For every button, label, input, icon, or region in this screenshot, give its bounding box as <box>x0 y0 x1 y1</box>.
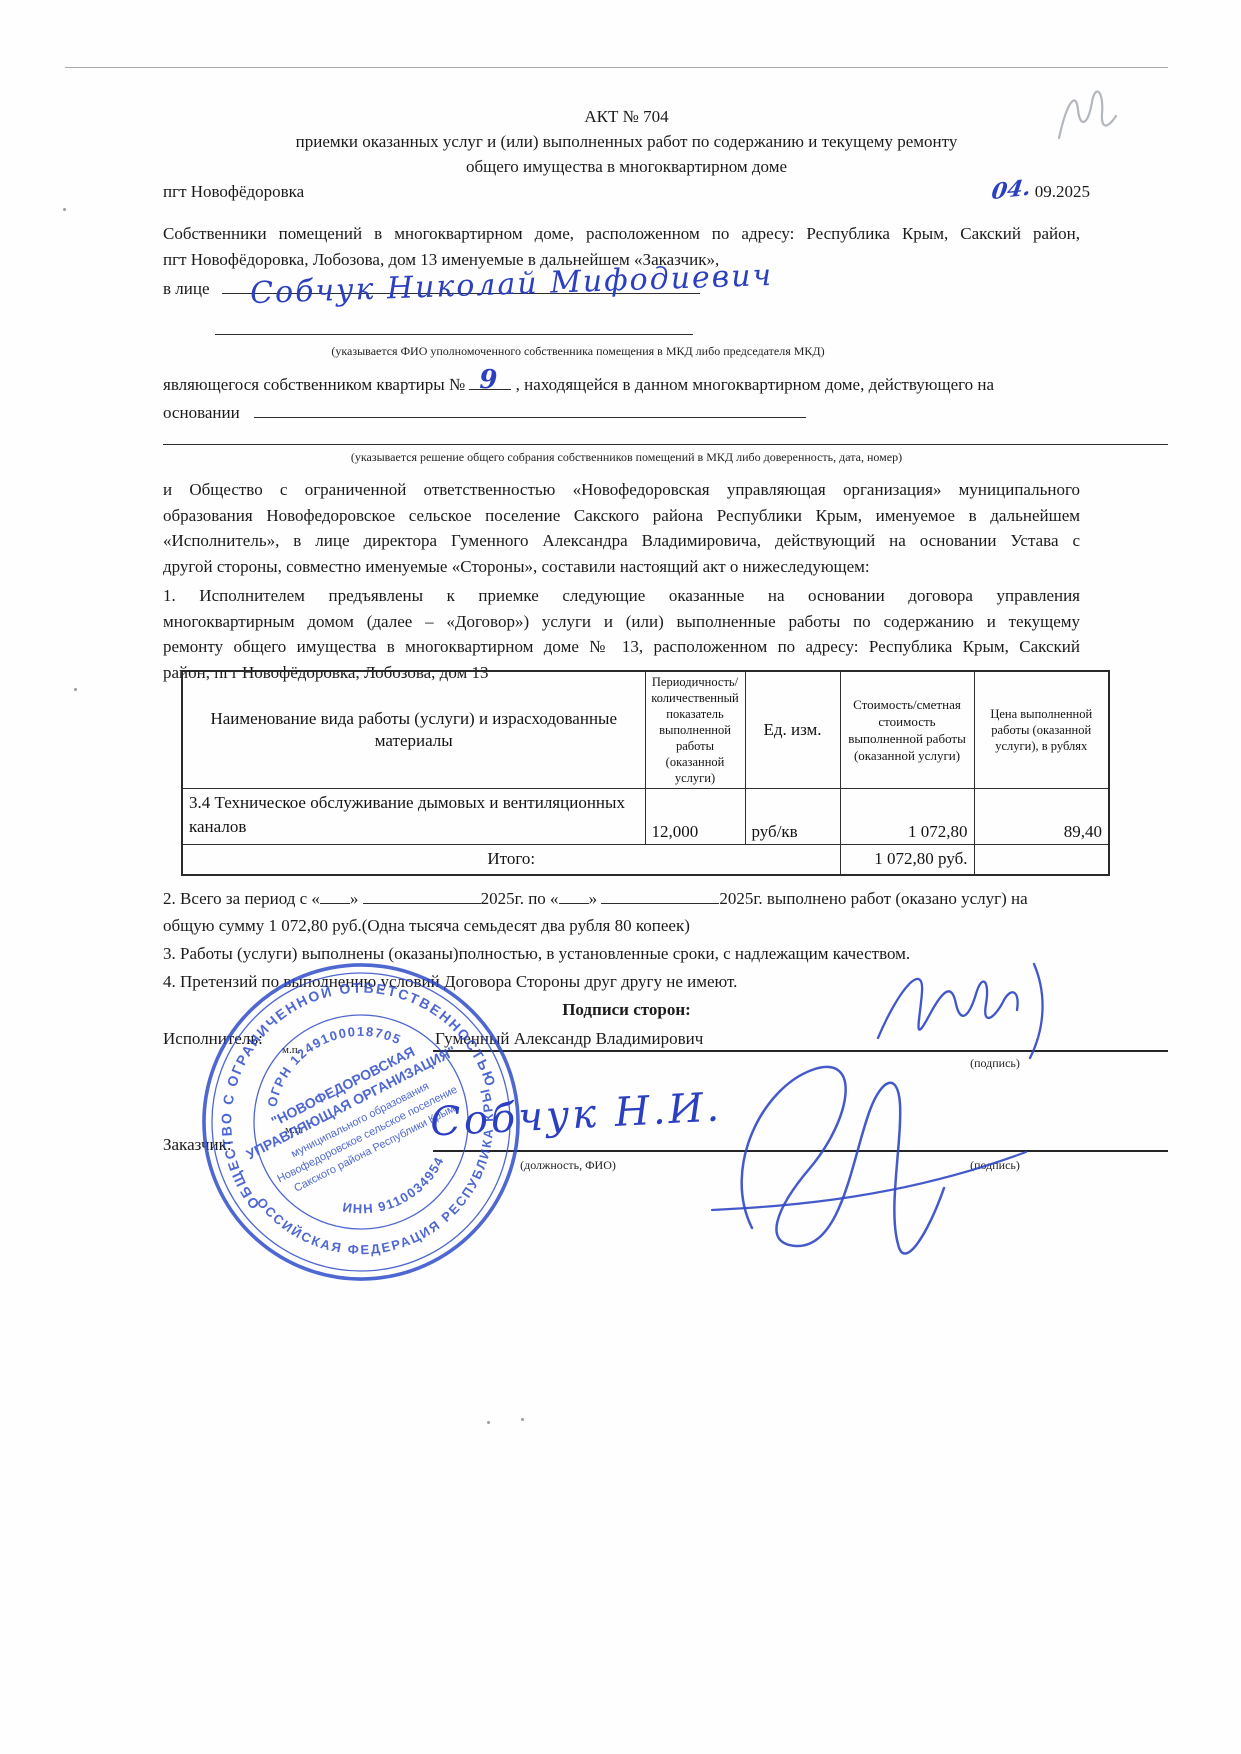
caption-decision: (указывается решение общего собрания соб… <box>163 450 1090 465</box>
point2-blank3 <box>559 886 589 904</box>
title-line3: общего имущества в многоквартирном доме <box>163 154 1090 179</box>
date-printed: 09.2025 <box>1035 182 1090 201</box>
company-line3: «Исполнитель», в лице директора Гуменног… <box>163 528 1080 554</box>
cell-work-name: 3.4 Техническое обслуживание дымовых и в… <box>182 789 645 845</box>
owners-line1: Собственники помещений в многоквартирном… <box>163 221 1080 247</box>
table-header-row: Наименование вида работы (услуги) и изра… <box>182 671 1109 789</box>
header-name: Наименование вида работы (услуги) и изра… <box>182 671 645 789</box>
v-lice-blank-line: Собчук Николай Мифодиевич <box>222 276 700 294</box>
scan-artifact-dot <box>63 208 66 211</box>
full-width-blank-line <box>163 428 1168 445</box>
total-value: 1 072,80 руб. <box>840 845 974 875</box>
header-unit: Ед. изм. <box>745 671 840 789</box>
scan-artifact-dot <box>487 1421 490 1424</box>
company-line4: другой стороны, совместно именуемые «Сто… <box>163 554 1080 580</box>
company-line1: и Общество с ограниченной ответственност… <box>163 477 1080 503</box>
point2-blank1 <box>320 886 350 904</box>
caption-fio: (указывается ФИО уполномоченного собстве… <box>163 344 993 359</box>
point1-line1: 1. Исполнителем предъявлены к приемке сл… <box>163 583 1080 609</box>
cell-unit: руб/кв <box>745 789 840 845</box>
apartment-row: являющегося собственником квартиры № 9 ,… <box>163 372 1093 397</box>
apartment-number-handwritten: 9 <box>479 368 497 393</box>
blank-line-2 <box>215 318 693 335</box>
works-table: Наименование вида работы (услуги) и изра… <box>181 670 1110 876</box>
company-line2: образования Новофедоровское сельское пос… <box>163 503 1080 529</box>
apartment-number-blank: 9 <box>469 372 511 390</box>
customer-signature-icon <box>690 1048 1040 1283</box>
table-row: 3.4 Техническое обслуживание дымовых и в… <box>182 789 1109 845</box>
point1-line2: многоквартирным домом (далее – «Договор»… <box>163 609 1080 635</box>
scan-artifact-dot <box>521 1418 524 1421</box>
point2-part2: » <box>350 889 359 908</box>
v-lice-row: в лице Собчук Николай Мифодиевич <box>163 276 700 301</box>
place-date-row: пгт Новофёдоровка 04. 09.2025 <box>163 178 1090 204</box>
point2-part5: 2025г. выполнено работ (оказано услуг) н… <box>719 889 1027 908</box>
point2-part1: 2. Всего за период с « <box>163 889 320 908</box>
cell-cost: 1 072,80 <box>840 789 974 845</box>
apartment-text-before: являющегося собственником квартиры № <box>163 375 465 394</box>
table-total-row: Итого: 1 072,80 руб. <box>182 845 1109 875</box>
scan-top-line <box>65 67 1168 68</box>
date-handwritten: 04. <box>990 176 1032 205</box>
point2-part4: » <box>589 889 598 908</box>
act-number: АКТ № 704 <box>163 104 1090 129</box>
point2-line1: 2. Всего за период с «» 2025г. по «» 202… <box>163 886 1093 911</box>
header-cost: Стоимость/сметная стоимость выполненной … <box>840 671 974 789</box>
document-page: АКТ № 704 приемки оказанных услуг и (или… <box>0 0 1241 1754</box>
company-round-stamp: ОБЩЕСТВО С ОГРАНИЧЕННОЙ ОТВЕТСТВЕННОСТЬЮ… <box>196 952 526 1292</box>
point2-blank2 <box>363 886 481 904</box>
place-label: пгт Новофёдоровка <box>163 179 304 204</box>
point2-line2: общую сумму 1 072,80 руб.(Одна тысяча се… <box>163 913 1080 938</box>
cell-price: 89,40 <box>974 789 1109 845</box>
osnovanii-row: основании <box>163 400 806 425</box>
total-label: Итого: <box>182 845 840 875</box>
osnovanii-label: основании <box>163 403 240 422</box>
apartment-text-after: , находящейся в данном многоквартирном д… <box>516 375 994 394</box>
header-periodicity: Периодичность/ количественный показатель… <box>645 671 745 789</box>
total-price-empty <box>974 845 1109 875</box>
cell-qty: 12,000 <box>645 789 745 845</box>
title-line2: приемки оказанных услуг и (или) выполнен… <box>163 129 1090 154</box>
title-block: АКТ № 704 приемки оказанных услуг и (или… <box>163 104 1090 179</box>
date-group: 04. 09.2025 <box>992 178 1090 204</box>
osnovanii-blank <box>254 400 806 418</box>
header-price: Цена выполненной работы (оказанной услуг… <box>974 671 1109 789</box>
v-lice-label: в лице <box>163 279 210 298</box>
scan-artifact-dot <box>74 688 77 691</box>
point2-part3: 2025г. по « <box>481 889 559 908</box>
company-paragraph: и Общество с ограниченной ответственност… <box>163 477 1080 579</box>
point1-line3: ремонту общего имущества в многоквартирн… <box>163 634 1080 660</box>
point2-blank4 <box>601 886 719 904</box>
